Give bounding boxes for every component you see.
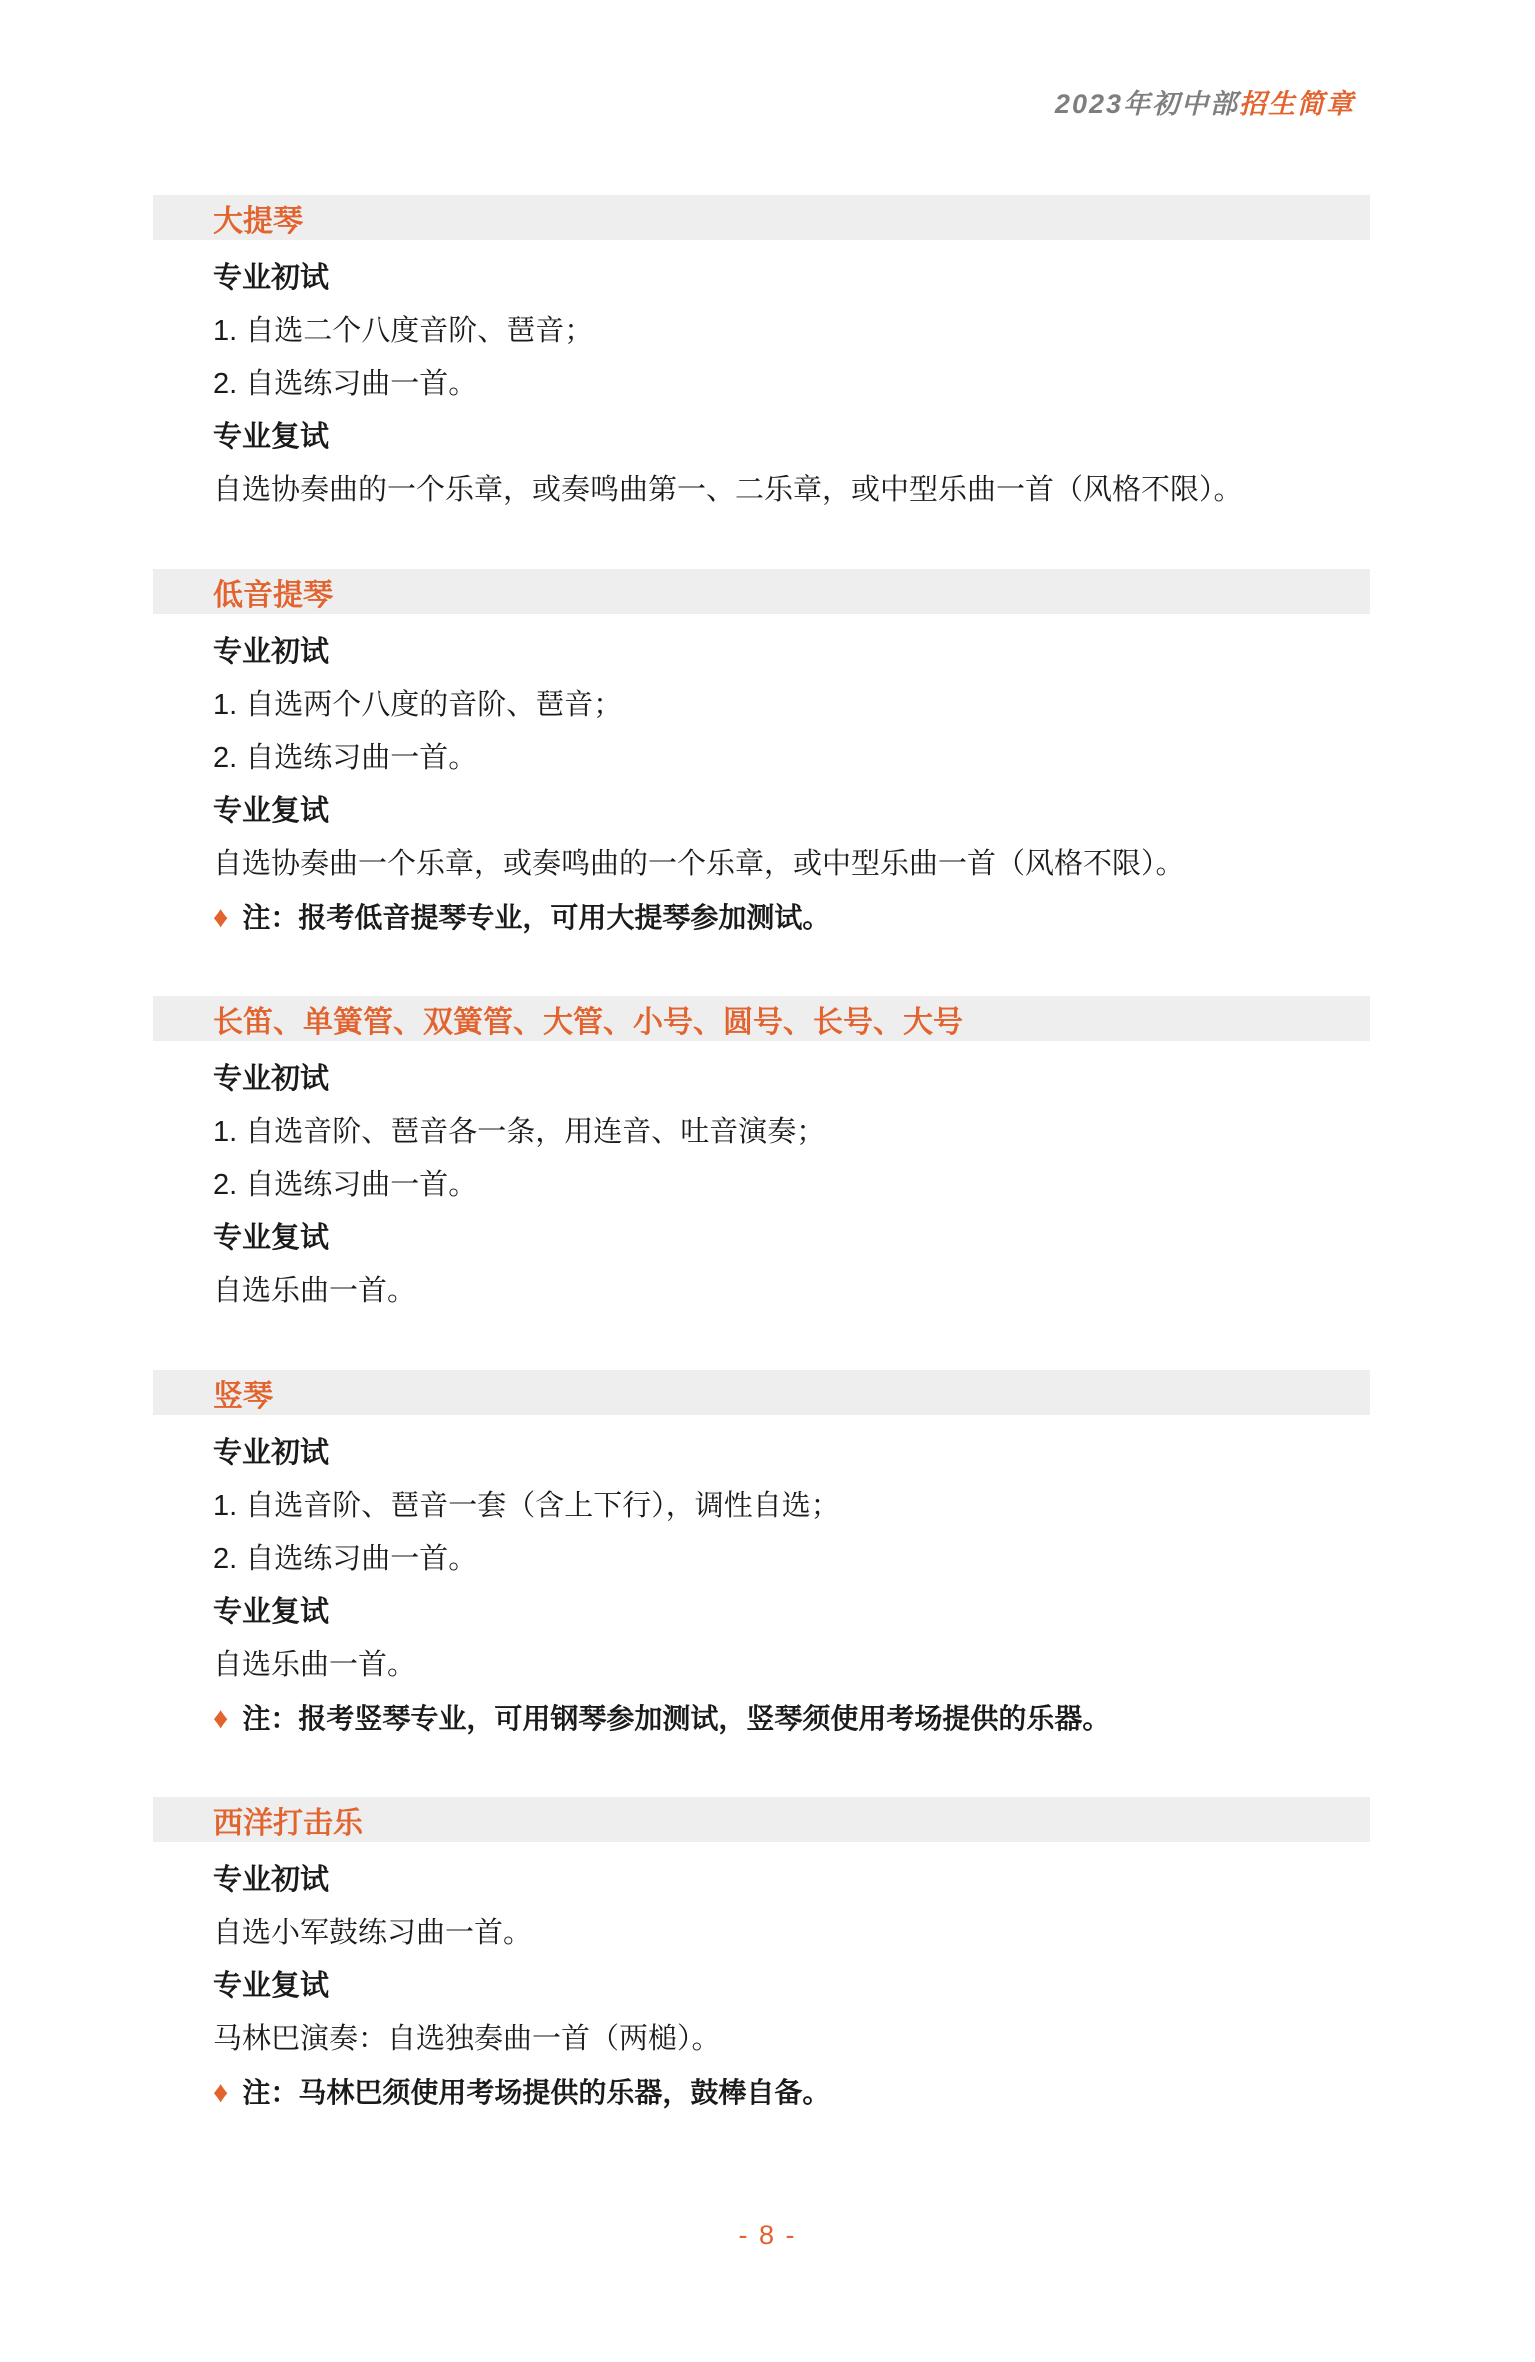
section: 大提琴专业初试1. 自选二个八度音阶、琶音；2. 自选练习曲一首。专业复试自选协…: [153, 195, 1370, 517]
note-text: 注：马林巴须使用考场提供的乐器，鼓棒自备。: [242, 2077, 830, 2108]
section-title: 大提琴: [213, 196, 303, 240]
section-body: 专业初试1. 自选音阶、琶音各一条，用连音、吐音演奏；2. 自选练习曲一首。专业…: [153, 1041, 1370, 1318]
section: 长笛、单簧管、双簧管、大管、小号、圆号、长号、大号专业初试1. 自选音阶、琶音各…: [153, 996, 1370, 1318]
requirement-list-item: 1. 自选音阶、琶音一套（含上下行），调性自选；: [213, 1480, 1370, 1533]
page-number: - 8 -: [0, 2220, 1535, 2251]
note-line: ♦注：报考低音提琴专业，可用大提琴参加测试。: [213, 891, 1370, 944]
note-diamond-icon: ♦: [213, 901, 228, 934]
requirement-paragraph: 马林巴演奏：自选独奏曲一首（两槌）。: [213, 2013, 1370, 2066]
section: 竖琴专业初试1. 自选音阶、琶音一套（含上下行），调性自选；2. 自选练习曲一首…: [153, 1370, 1370, 1745]
section-title: 低音提琴: [213, 570, 333, 614]
exam-stage-subhead: 专业复试: [213, 1586, 1370, 1639]
exam-stage-subhead: 专业初试: [213, 1854, 1370, 1907]
requirement-paragraph: 自选协奏曲的一个乐章，或奏鸣曲第一、二乐章，或中型乐曲一首（风格不限）。: [213, 464, 1370, 517]
requirement-list-item: 1. 自选音阶、琶音各一条，用连音、吐音演奏；: [213, 1106, 1370, 1159]
exam-stage-subhead: 专业初试: [213, 1053, 1370, 1106]
section: 西洋打击乐专业初试自选小军鼓练习曲一首。专业复试马林巴演奏：自选独奏曲一首（两槌…: [153, 1797, 1370, 2119]
requirement-paragraph: 自选乐曲一首。: [213, 1639, 1370, 1692]
exam-stage-subhead: 专业初试: [213, 252, 1370, 305]
section-body: 专业初试自选小军鼓练习曲一首。专业复试马林巴演奏：自选独奏曲一首（两槌）。♦注：…: [153, 1842, 1370, 2119]
exam-stage-subhead: 专业复试: [213, 1960, 1370, 2013]
section: 低音提琴专业初试1. 自选两个八度的音阶、琶音；2. 自选练习曲一首。专业复试自…: [153, 569, 1370, 944]
requirement-list-item: 1. 自选二个八度音阶、琶音；: [213, 305, 1370, 358]
section-body: 专业初试1. 自选两个八度的音阶、琶音；2. 自选练习曲一首。专业复试自选协奏曲…: [153, 614, 1370, 944]
section-title: 竖琴: [213, 1371, 273, 1415]
exam-stage-subhead: 专业复试: [213, 1212, 1370, 1265]
note-line: ♦注：马林巴须使用考场提供的乐器，鼓棒自备。: [213, 2066, 1370, 2119]
section-body: 专业初试1. 自选二个八度音阶、琶音；2. 自选练习曲一首。专业复试自选协奏曲的…: [153, 240, 1370, 517]
header-year-text: 2023年初中部: [1055, 89, 1239, 119]
section-header-bar: 长笛、单簧管、双簧管、大管、小号、圆号、长号、大号: [153, 996, 1370, 1041]
requirement-list-item: 2. 自选练习曲一首。: [213, 358, 1370, 411]
section-header-bar: 西洋打击乐: [153, 1797, 1370, 1842]
note-line: ♦注：报考竖琴专业，可用钢琴参加测试，竖琴须使用考场提供的乐器。: [213, 1692, 1370, 1745]
note-diamond-icon: ♦: [213, 2076, 228, 2109]
requirement-paragraph: 自选协奏曲一个乐章，或奏鸣曲的一个乐章，或中型乐曲一首（风格不限）。: [213, 838, 1370, 891]
page-header: 2023年初中部招生简章: [1055, 82, 1355, 121]
exam-stage-subhead: 专业初试: [213, 626, 1370, 679]
exam-stage-subhead: 专业复试: [213, 411, 1370, 464]
note-diamond-icon: ♦: [213, 1702, 228, 1735]
exam-stage-subhead: 专业初试: [213, 1427, 1370, 1480]
requirement-list-item: 2. 自选练习曲一首。: [213, 1533, 1370, 1586]
note-text: 注：报考低音提琴专业，可用大提琴参加测试。: [242, 902, 830, 933]
section-body: 专业初试1. 自选音阶、琶音一套（含上下行），调性自选；2. 自选练习曲一首。专…: [153, 1415, 1370, 1745]
requirement-list-item: 1. 自选两个八度的音阶、琶音；: [213, 679, 1370, 732]
section-header-bar: 竖琴: [153, 1370, 1370, 1415]
document-page: 2023年初中部招生简章 大提琴专业初试1. 自选二个八度音阶、琶音；2. 自选…: [0, 0, 1535, 2362]
section-header-bar: 大提琴: [153, 195, 1370, 240]
requirement-list-item: 2. 自选练习曲一首。: [213, 1159, 1370, 1212]
header-brochure-text: 招生简章: [1239, 89, 1355, 119]
exam-stage-subhead: 专业复试: [213, 785, 1370, 838]
note-text: 注：报考竖琴专业，可用钢琴参加测试，竖琴须使用考场提供的乐器。: [242, 1703, 1110, 1734]
requirement-paragraph: 自选乐曲一首。: [213, 1265, 1370, 1318]
requirement-paragraph: 自选小军鼓练习曲一首。: [213, 1907, 1370, 1960]
requirement-list-item: 2. 自选练习曲一首。: [213, 732, 1370, 785]
section-header-bar: 低音提琴: [153, 569, 1370, 614]
section-title: 西洋打击乐: [213, 1798, 363, 1842]
section-title: 长笛、单簧管、双簧管、大管、小号、圆号、长号、大号: [213, 997, 963, 1041]
sections: 大提琴专业初试1. 自选二个八度音阶、琶音；2. 自选练习曲一首。专业复试自选协…: [153, 195, 1370, 2171]
